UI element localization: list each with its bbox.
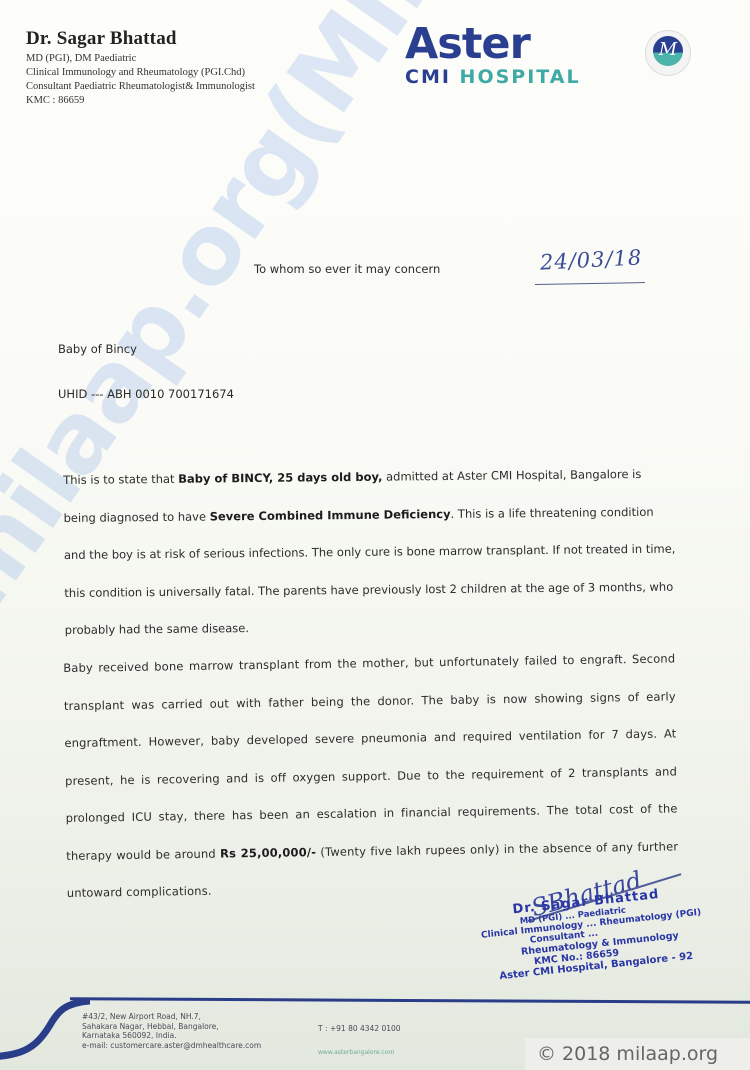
handwritten-date: 24/03/18 bbox=[539, 245, 642, 274]
footer-email: e-mail: customercare.aster@dmhealthcare.… bbox=[82, 1041, 261, 1051]
hospital-logo: Aster CMI HOSPITAL bbox=[405, 22, 581, 88]
doctor-letterhead: Dr. Sagar Bhattad MD (PGI), DM Paediatri… bbox=[26, 28, 255, 108]
logo-subtitle: CMI HOSPITAL bbox=[405, 66, 581, 88]
para1-diagnosis-bold: Severe Combined Immune Deficiency bbox=[210, 506, 451, 523]
footer-phone: T : +91 80 4342 0100 bbox=[318, 1024, 401, 1033]
doctor-credential: MD (PGI), DM Paediatric bbox=[26, 52, 255, 66]
salutation: To whom so ever it may concern bbox=[254, 262, 440, 276]
cost-suffix: (Twenty five lakh rupees only) in the ab… bbox=[316, 839, 678, 859]
patient-name: Baby of Bincy bbox=[58, 342, 137, 356]
cost-prefix: therapy would be around bbox=[66, 846, 220, 862]
letter-page: milaap.org(MIL28854) Dr. Sagar Bhattad M… bbox=[0, 0, 750, 1070]
cost-amount: Rs 25,00,000/- bbox=[220, 845, 316, 861]
patient-uhid: UHID --- ABH 0010 700171674 bbox=[58, 387, 234, 401]
date-underline bbox=[535, 282, 645, 285]
emblem-glyph: M bbox=[653, 39, 683, 60]
footer-address: #43/2, New Airport Road, NH.7, Sahakara … bbox=[82, 1012, 261, 1050]
footer-website: www.asterbangalore.com bbox=[318, 1049, 394, 1056]
doctor-name: Dr. Sagar Bhattad bbox=[26, 28, 255, 50]
hospital-emblem-icon: M bbox=[645, 30, 691, 76]
para1-patient-bold: Baby of BINCY, 25 days old boy, bbox=[178, 470, 382, 486]
emblem-circle: M bbox=[653, 36, 683, 66]
logo-cmi-text: CMI bbox=[405, 66, 451, 88]
logo-hospital-text: HOSPITAL bbox=[460, 66, 581, 88]
paragraph-diagnosis: This is to state that Baby of BINCY, 25 … bbox=[63, 456, 677, 650]
copyright-badge: © 2018 milaap.org bbox=[525, 1038, 750, 1070]
para1-intro: This is to state that bbox=[63, 472, 178, 487]
para1-text-continued: . This is a life threatening condition a… bbox=[64, 504, 676, 637]
doctor-credential: Consultant Paediatric Rheumatologist& Im… bbox=[26, 80, 255, 94]
paragraph-treatment: Baby received bone marrow transplant fro… bbox=[63, 640, 679, 912]
doctor-registration: KMC : 86659 bbox=[26, 94, 255, 108]
address-line: #43/2, New Airport Road, NH.7, bbox=[82, 1012, 261, 1022]
footer-swoosh-icon bbox=[0, 995, 90, 1065]
address-line: Sahakara Nagar, Hebbal, Bangalore, bbox=[82, 1022, 261, 1032]
logo-aster-text: Aster bbox=[405, 22, 581, 66]
address-line: Karnataka 560092, India. bbox=[82, 1031, 261, 1041]
doctor-credential: Clinical Immunology and Rheumatology (PG… bbox=[26, 66, 255, 80]
footer-divider bbox=[70, 997, 750, 1004]
